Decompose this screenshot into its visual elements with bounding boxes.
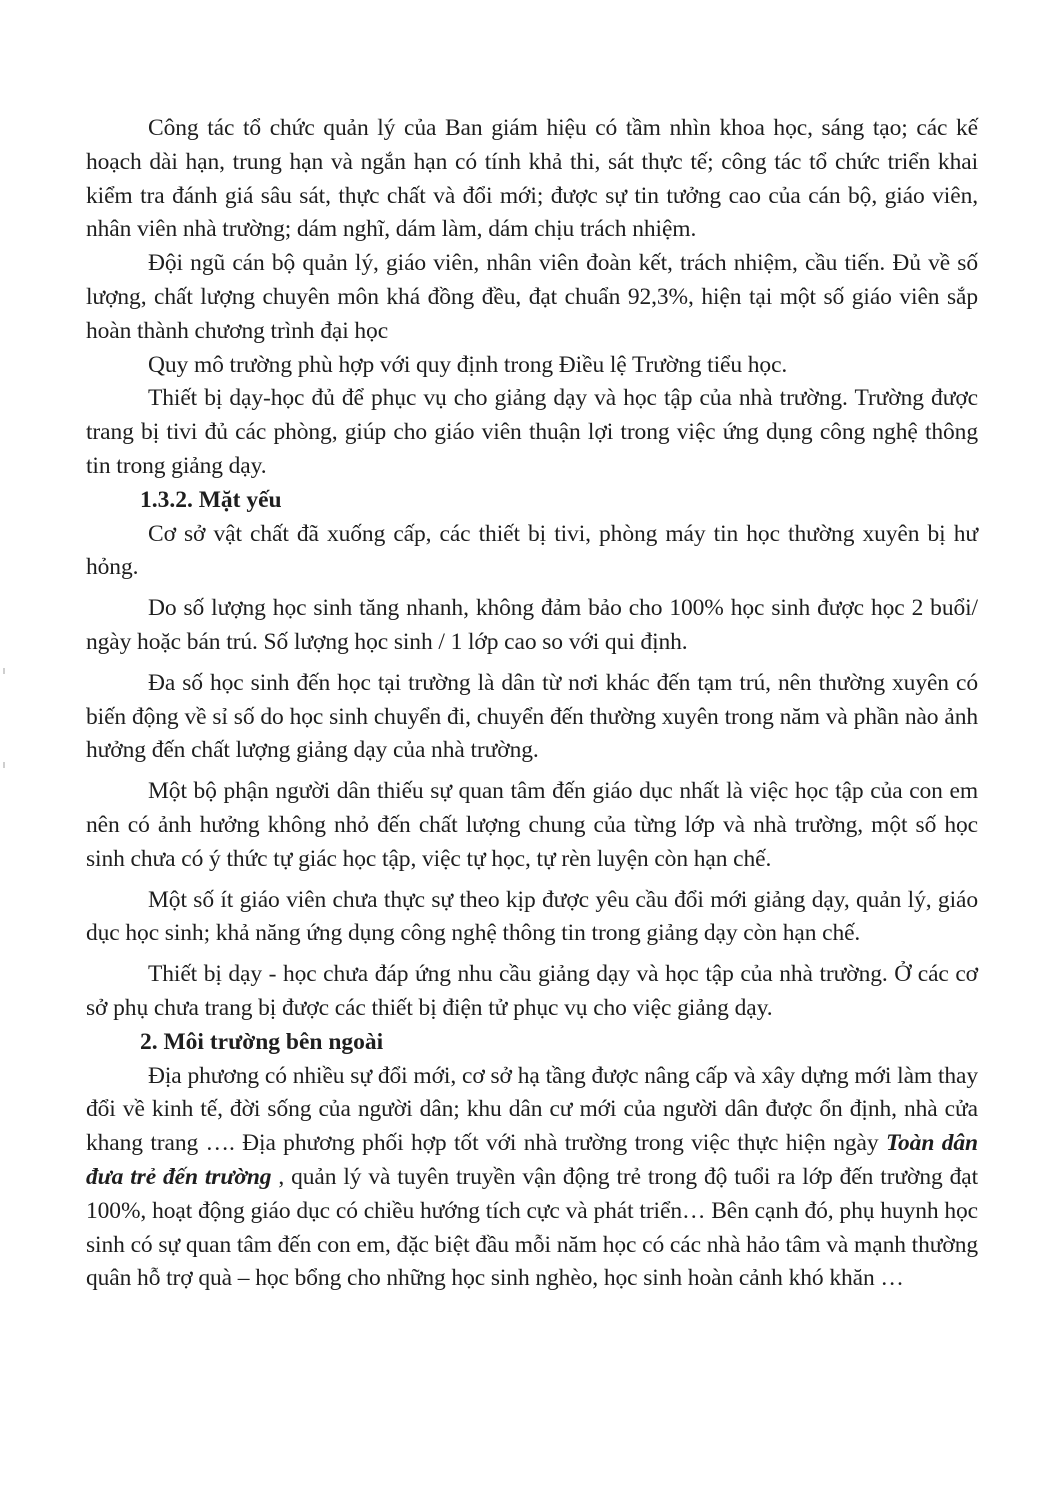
paragraph-staff-strength: Đội ngũ cán bộ quản lý, giáo viên, nhân …: [86, 247, 978, 348]
paragraph-parent-involvement-weakness: Một bộ phận người dân thiếu sự quan tâm …: [86, 775, 978, 876]
paragraph-external-environment: Địa phương có nhiều sự đổi mới, cơ sở hạ…: [86, 1060, 978, 1297]
paragraph-school-scale: Quy mô trường phù hợp với quy định trong…: [86, 349, 978, 383]
document-page: Công tác tổ chức quản lý của Ban giám hi…: [86, 112, 978, 1296]
scan-margin-mark: [3, 762, 5, 768]
paragraph-equipment-strength: Thiết bị dạy-học đủ để phục vụ cho giảng…: [86, 382, 978, 483]
paragraph-teacher-weakness: Một số ít giáo viên chưa thực sự theo kị…: [86, 884, 978, 952]
scan-margin-mark: [3, 668, 5, 674]
section-heading-external-environment: 2. Môi trường bên ngoài: [86, 1026, 978, 1060]
paragraph-management-strength: Công tác tổ chức quản lý của Ban giám hi…: [86, 112, 978, 247]
paragraph-migrant-students-weakness: Đa số học sinh đến học tại trường là dân…: [86, 667, 978, 768]
paragraph-student-count-weakness: Do số lượng học sinh tăng nhanh, không đ…: [86, 592, 978, 660]
paragraph-equipment-weakness: Thiết bị dạy - học chưa đáp ứng nhu cầu …: [86, 958, 978, 1026]
section-heading-weaknesses: 1.3.2. Mặt yếu: [86, 484, 978, 518]
external-text-before: Địa phương có nhiều sự đổi mới, cơ sở hạ…: [86, 1063, 978, 1157]
paragraph-facilities-weakness: Cơ sở vật chất đã xuống cấp, các thiết b…: [86, 518, 978, 586]
